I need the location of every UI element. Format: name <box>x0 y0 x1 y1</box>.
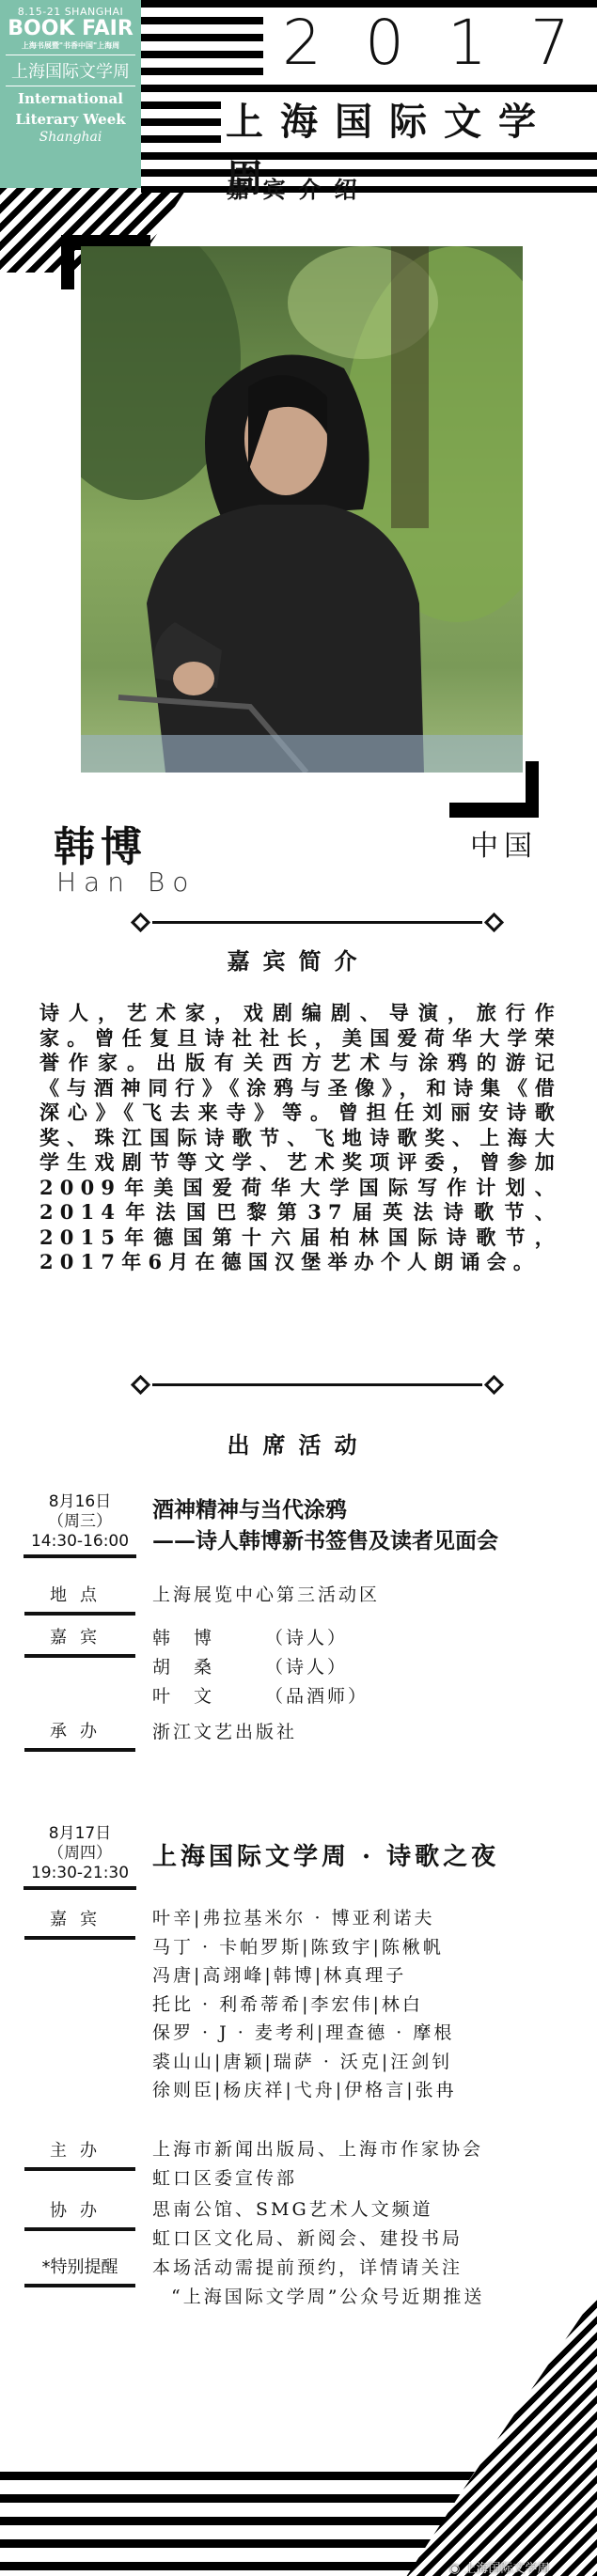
book-fair-logo: 8.15-21 SHANGHAI BOOK FAIR 上海书展暨"书香中国"上海… <box>0 0 141 188</box>
logo-week-cn: 上海国际文学周 <box>6 55 135 86</box>
logo-week-en-2: Literary Week <box>0 111 141 128</box>
ornamental-divider <box>132 913 503 932</box>
logo-subtitle: 上海书展暨"书香中国"上海周 <box>6 40 135 55</box>
event-date: 8月16日 <box>24 1492 136 1512</box>
portrait-image <box>81 246 523 773</box>
section-title-events: 出席活动 <box>0 1427 597 1460</box>
host-line: 虹口区委宣传部 <box>152 2164 483 2194</box>
co-organizer-line: 虹口区文化局、新阅会、建投书局 <box>152 2225 463 2254</box>
guests-label: 嘉宾 <box>24 1908 135 1940</box>
frame-corner-bottom-right <box>449 761 539 818</box>
notice-line: 本场活动需提前预约，详情请关注 <box>152 2254 484 2283</box>
co-organizer-line: 思南公馆、SMG艺术人文频道 <box>152 2195 463 2225</box>
guest-name-cn: 韩博 <box>54 813 148 873</box>
event-weekday: （周四） <box>24 1844 136 1864</box>
diamond-icon <box>131 913 150 932</box>
notice-value: 本场活动需提前预约，详情请关注 “上海国际文学周”公众号近期推送 <box>152 2254 484 2312</box>
guest-line: 叶辛|弗拉基米尔 · 博亚利诺夫 <box>152 1904 457 1933</box>
logo-city-script: Shanghai <box>0 130 141 145</box>
event-title-line-1: 酒神精神与当代涂鸦 <box>152 1494 498 1525</box>
host-value: 上海市新闻出版局、上海市作家协会 虹口区委宣传部 <box>152 2135 483 2194</box>
ornamental-divider <box>132 1376 503 1395</box>
logo-week-en-1: International <box>0 90 141 107</box>
co-organizer-label: 协办 <box>24 2199 135 2231</box>
location-value: 上海展览中心第三活动区 <box>152 1581 380 1610</box>
guest-line: 托比 · 利希蒂希|李宏伟|林白 <box>152 1991 457 2020</box>
guest-line: 徐则臣|杨庆祥|弋舟|伊格言|张冉 <box>152 2076 457 2105</box>
host-label: 主办 <box>24 2139 135 2171</box>
guest-line: 保罗 · J · 麦考利|理查德 · 摩根 <box>152 2019 457 2048</box>
section-title-bio: 嘉宾简介 <box>0 943 597 976</box>
event-1-title: 酒神精神与当代涂鸦 ——诗人韩博新书签售及读者见面会 <box>152 1494 498 1556</box>
guest-country: 中国 <box>470 822 538 864</box>
guest-line: 冯唐|高翊峰|韩博|林真理子 <box>152 1961 457 1991</box>
guest-entry: 胡 桑（诗人） <box>152 1653 369 1682</box>
wechat-watermark: ◉ 上海国际文学周 <box>449 2558 550 2576</box>
guests-label: 嘉宾 <box>24 1626 135 1658</box>
event-time: 19:30-21:30 <box>24 1864 136 1890</box>
footer-horizontal-stripes <box>0 2472 489 2576</box>
guest-name-en: Han Bo <box>56 866 196 898</box>
event-2-datetime: 8月17日 （周四） 19:30-21:30 <box>24 1824 136 1890</box>
wechat-icon: ◉ <box>449 2562 463 2576</box>
divider-line <box>152 1383 482 1386</box>
event-2-guest-list: 叶辛|弗拉基米尔 · 博亚利诺夫 马丁 · 卡帕罗斯|陈致宇|陈楸帆 冯唐|高翊… <box>152 1904 457 2105</box>
co-organizer-value: 思南公馆、SMG艺术人文频道 虹口区文化局、新阅会、建投书局 <box>152 2195 463 2254</box>
event-time: 14:30-16:00 <box>24 1532 136 1558</box>
host-line: 上海市新闻出版局、上海市作家协会 <box>152 2135 483 2164</box>
guest-entry: 叶 文（品酒师） <box>152 1682 369 1711</box>
diamond-icon <box>131 1375 150 1395</box>
logo-fair: BOOK FAIR <box>0 18 141 40</box>
header-year: 2017 <box>282 6 597 81</box>
event-date: 8月17日 <box>24 1824 136 1844</box>
diamond-icon <box>484 913 504 932</box>
diamond-icon <box>484 1375 504 1395</box>
bio-text: 诗人，艺术家，戏剧编剧、导演，旅行作家。曾任复旦诗社社长，美国爱荷华大学荣誉作家… <box>39 1001 561 1275</box>
organizer-value: 浙江文艺出版社 <box>152 1718 297 1747</box>
guest-line: 马丁 · 卡帕罗斯|陈致宇|陈楸帆 <box>152 1933 457 1962</box>
event-weekday: （周三） <box>24 1512 136 1532</box>
event-2-title: 上海国际文学周 · 诗歌之夜 <box>152 1842 499 1873</box>
section-title-guest-intro: 嘉宾介绍 <box>0 171 597 204</box>
divider-line <box>152 921 482 924</box>
notice-line: “上海国际文学周”公众号近期推送 <box>152 2283 484 2312</box>
guest-entry: 韩 博（诗人） <box>152 1624 369 1653</box>
event-title-line-2: ——诗人韩博新书签售及读者见面会 <box>152 1525 498 1556</box>
organizer-label: 承办 <box>24 1720 135 1752</box>
guest-line: 裘山山|唐颖|瑞萨 · 沃克|汪剑钊 <box>152 2048 457 2077</box>
guest-photo <box>81 246 523 773</box>
event-1-datetime: 8月16日 （周三） 14:30-16:00 <box>24 1492 136 1558</box>
event-1-guest-list: 韩 博（诗人） 胡 桑（诗人） 叶 文（品酒师） <box>152 1624 369 1711</box>
location-label: 地点 <box>24 1584 135 1616</box>
notice-label: *特别提醒 <box>24 2256 135 2287</box>
